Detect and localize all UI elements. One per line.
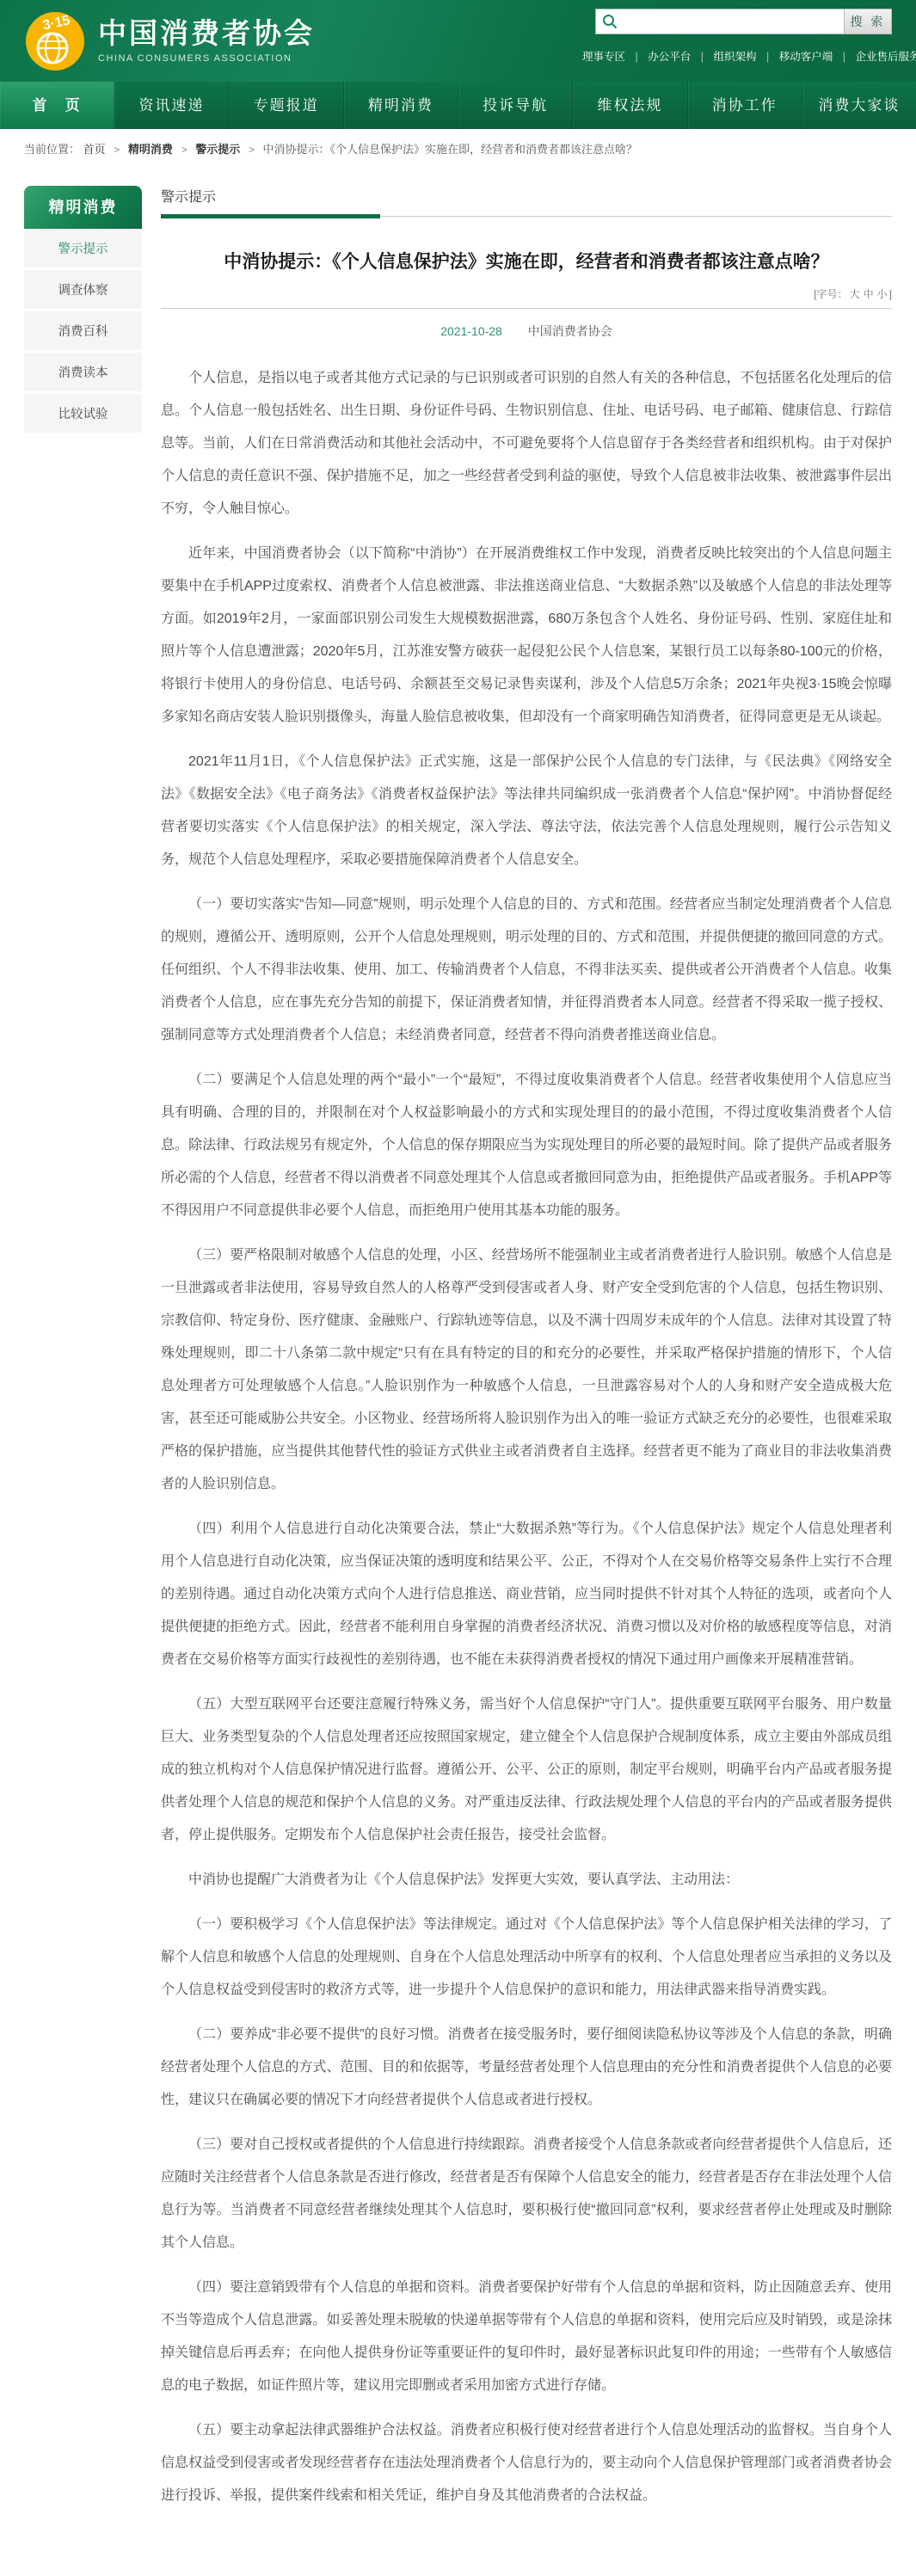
nav-item-smart-consumption[interactable]: 精明消费 [344,82,458,129]
article-paragraph: （一）要积极学习《个人信息保护法》等法律规定。通过对《个人信息保护法》等个人信息… [161,1909,892,2007]
title-divider [161,308,892,309]
article-paragraph: 中消协也提醒广大消费者为让《个人信息保护法》发挥更大实效，要认真学法、主动用法： [161,1864,892,1897]
nav-item-rights-laws[interactable]: 维权法规 [573,82,687,129]
font-size-selector: [字号：大中小] [161,286,892,301]
quick-link-separator: | [636,51,638,63]
article-paragraph: （三）要对自己授权或者提供的个人信息进行持续跟踪。消费者接受个人信息条款或者向经… [161,2129,892,2259]
article-date: 2021-10-28 [440,324,502,338]
search-icon [601,13,618,30]
breadcrumb-smart-consumption[interactable]: 精明消费 [128,143,173,156]
breadcrumb-warning-tips[interactable]: 警示提示 [195,143,240,156]
breadcrumb-current: 中消协提示：《个人信息保护法》实施在即，经营者和消费者都该注意点啥？ [262,143,637,156]
nav-item-news[interactable]: 资讯速递 [114,82,229,129]
nav-item-consumer-talk[interactable]: 消费大家谈 [802,82,916,129]
article-body: 个人信息，是指以电子或者其他方式记录的与已识别或者可识别的自然人有关的各种信息，… [161,362,892,2512]
site-header: 3·15 中国消费者协会 CHINA CONSUMERS ASSOCIATION… [0,0,916,82]
breadcrumb-home[interactable]: 首页 [83,143,106,156]
article-paragraph: （二）要养成“非必要不提供”的良好习惯。消费者在接受服务时，要仔细阅读隐私协议等… [161,2019,892,2117]
article-meta: 2021-10-28 中国消费者协会 [161,323,892,340]
search-bar: 搜 索 [595,9,892,34]
sidebar-item-consumer-wiki[interactable]: 消费百科 [24,311,142,353]
font-size-suffix: ] [889,288,892,300]
quick-link-office-platform[interactable]: 办公平台 [648,51,691,63]
sidebar-item-consumer-reader[interactable]: 消费读本 [24,353,142,394]
article-paragraph: （一）要切实落实“告知—同意”规则，明示处理个人信息的目的、方式和范围。经营者应… [161,888,892,1052]
nav-item-home[interactable]: 首 页 [0,82,114,129]
quick-links: 理事专区 | 办公平台 | 组织架构 | 移动客户端 | 企业售后服务电话查验宝 [582,48,892,64]
breadcrumb-prefix: 当前位置： [24,143,80,156]
article: 警示提示 中消协提示：《个人信息保护法》实施在即，经营者和消费者都该注意点啥？ … [161,186,892,2525]
nav-item-complaint-guide[interactable]: 投诉导航 [458,82,573,129]
site-title: 中国消费者协会 [98,18,315,49]
content: 精明消费 警示提示 调查体察 消费百科 消费读本 比较试验 警示提示 中消协提示… [0,167,916,2576]
nav-item-cca-work[interactable]: 消协工作 [688,82,802,129]
sidebar-item-survey[interactable]: 调查体察 [24,270,142,311]
cca-315-logo-icon: 3·15 [24,10,86,72]
article-paragraph: （五）大型互联网平台还要注意履行特殊义务，需当好个人信息保护“守门人”。提供重要… [161,1688,892,1852]
section-title: 警示提示 [161,190,216,205]
logo-text: 中国消费者协会 CHINA CONSUMERS ASSOCIATION [98,18,315,63]
article-paragraph: （四）要注意销毁带有个人信息的单据和资料。消费者要保护好带有个人信息的单据和资料… [161,2272,892,2402]
header-right: 搜 索 理事专区 | 办公平台 | 组织架构 | 移动客户端 | 企业售后服务电… [582,9,892,64]
article-paragraph: （二）要满足个人信息处理的两个“最小”一个“最短”，不得过度收集消费者个人信息。… [161,1064,892,1227]
site-subtitle: CHINA CONSUMERS ASSOCIATION [98,53,315,64]
quick-link-separator: | [843,51,845,63]
breadcrumb-separator: > [114,144,120,156]
article-paragraph: （五）要主动拿起法律武器维护合法权益。消费者应积极行使对经营者进行个人信息处理活… [161,2414,892,2512]
breadcrumb: 当前位置： 首页 > 精明消费 > 警示提示 > 中消协提示：《个人信息保护法》… [0,129,916,167]
quick-link-service-phone-check[interactable]: 企业售后服务电话查验宝 [855,51,916,63]
nav-item-special-reports[interactable]: 专题报道 [230,82,344,129]
sidebar-item-comparative-tests[interactable]: 比较试验 [24,394,142,435]
section-underline [161,214,380,218]
quick-link-council-area[interactable]: 理事专区 [582,51,625,63]
sidebar-title: 精明消费 [24,186,142,229]
font-size-small[interactable]: 小 [877,288,888,300]
breadcrumb-separator: > [249,144,255,156]
breadcrumb-separator: > [181,144,188,156]
quick-link-separator: | [766,51,769,63]
quick-link-mobile-client[interactable]: 移动客户端 [779,51,833,63]
article-paragraph: 个人信息，是指以电子或者其他方式记录的与已识别或者可识别的自然人有关的各种信息，… [161,362,892,526]
page: 3·15 中国消费者协会 CHINA CONSUMERS ASSOCIATION… [0,0,916,2576]
article-paragraph: （四）利用个人信息进行自动化决策要合法，禁止“大数据杀熟”等行为。《个人信息保护… [161,1513,892,1676]
quick-link-organization[interactable]: 组织架构 [713,51,756,63]
search-input[interactable] [595,9,844,34]
section-head: 警示提示 [161,186,892,217]
sidebar: 精明消费 警示提示 调查体察 消费百科 消费读本 比较试验 [24,186,142,435]
main-nav: 首 页 资讯速递 专题报道 精明消费 投诉导航 维权法规 消协工作 消费大家谈 [0,82,916,129]
font-size-prefix: [字号： [814,288,847,300]
font-size-medium[interactable]: 中 [864,288,874,300]
logo[interactable]: 3·15 中国消费者协会 CHINA CONSUMERS ASSOCIATION [24,10,315,72]
quick-link-separator: | [701,51,704,63]
font-size-large[interactable]: 大 [850,288,860,300]
article-title: 中消协提示：《个人信息保护法》实施在即，经营者和消费者都该注意点啥？ [195,246,858,279]
article-paragraph: 近年来，中国消费者协会（以下简称“中消协”）在开展消费维权工作中发现，消费者反映… [161,538,892,734]
search-button[interactable]: 搜 索 [844,9,892,34]
article-paragraph: （三）要严格限制对敏感个人信息的处理，小区、经营场所不能强制业主或者消费者进行人… [161,1239,892,1501]
sidebar-item-warning-tips[interactable]: 警示提示 [24,229,142,270]
article-source: 中国消费者协会 [528,324,612,338]
article-paragraph: 2021年11月1日，《个人信息保护法》正式实施，这是一部保护公民个人信息的专门… [161,746,892,876]
